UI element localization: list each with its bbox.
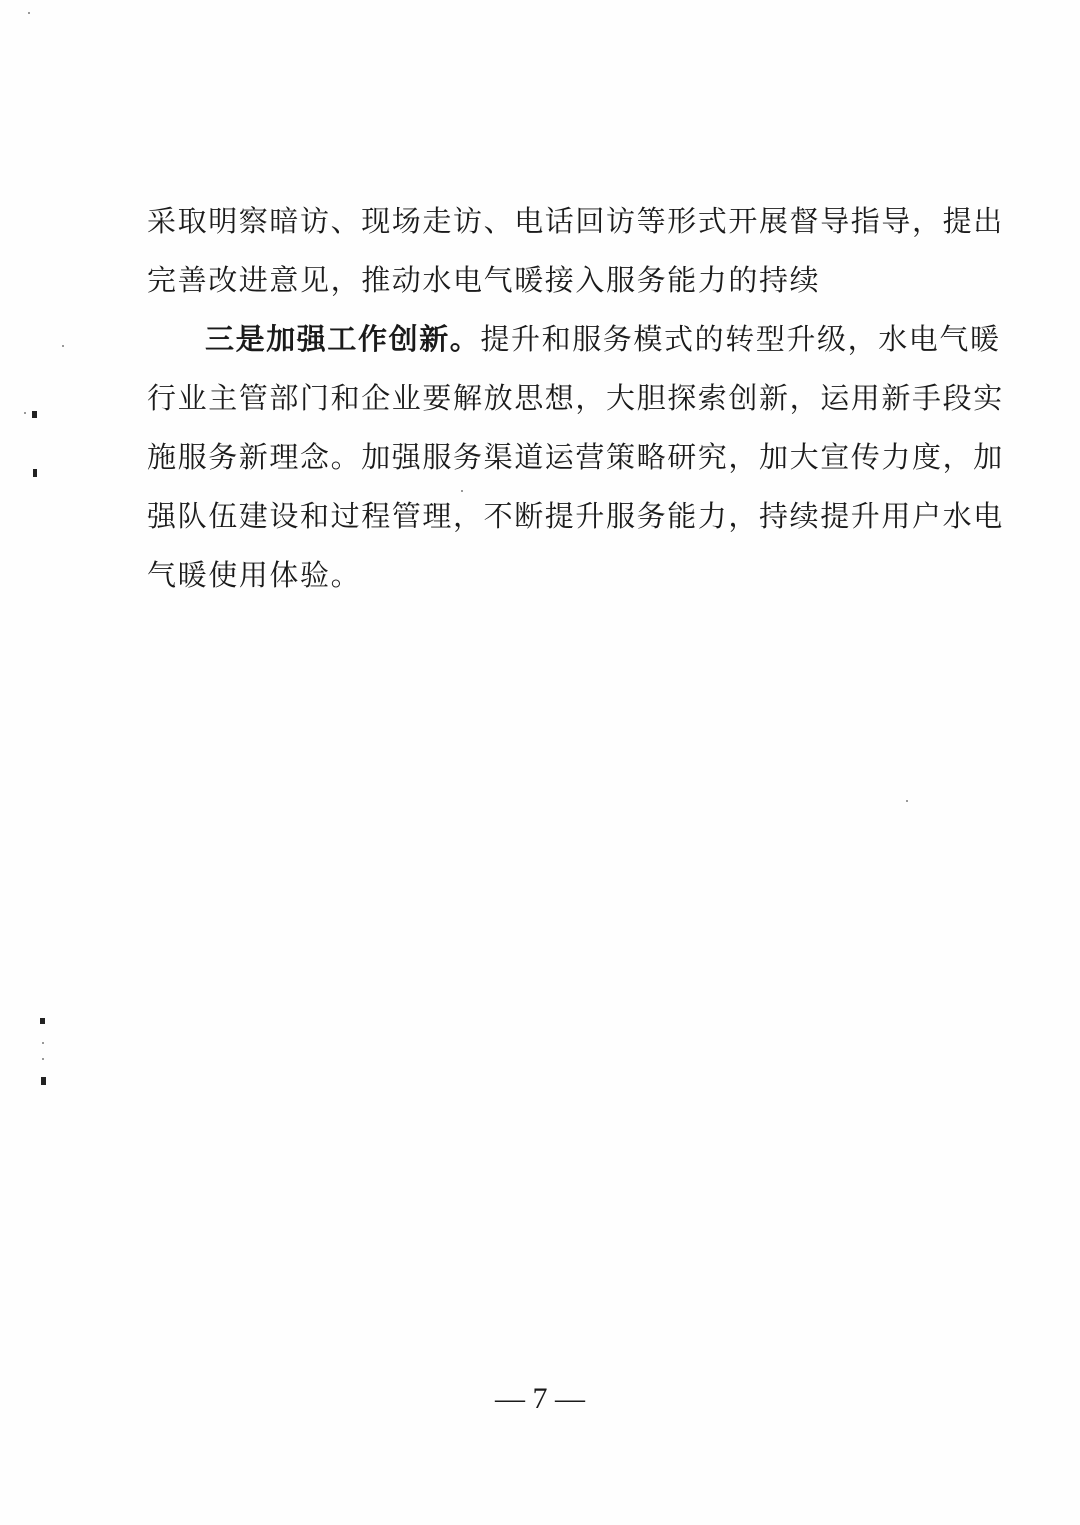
- binding-mark: [32, 411, 37, 418]
- scan-speck: [24, 412, 26, 414]
- scan-speck: [461, 490, 463, 492]
- binding-mark: [33, 469, 37, 477]
- binding-mark: [40, 1018, 45, 1024]
- scan-speck: [62, 345, 64, 347]
- paragraph-line-1: 采取明察暗访、现场走访、电话回访等形式开展督导指导，提出: [147, 192, 957, 251]
- paragraph-line-5: 施服务新理念。加强服务渠道运营策略研究，加大宣传力度，加: [147, 428, 957, 487]
- section-heading: 三是加强工作创新。: [205, 322, 480, 356]
- paragraph-line-6: 强队伍建设和过程管理，不断提升服务能力，持续提升用户水电: [147, 487, 957, 546]
- scan-speck: [28, 12, 30, 14]
- paragraph-line-3: 三是加强工作创新。提升和服务模式的转型升级，水电气暖: [147, 310, 957, 369]
- scan-speck: [906, 800, 908, 802]
- paragraph-line-2: 完善改进意见，推动水电气暖接入服务能力的持续: [147, 251, 957, 310]
- scan-speck: [42, 1042, 44, 1044]
- paragraph-line-7: 气暖使用体验。: [147, 546, 957, 605]
- paragraph-line-4: 行业主管部门和企业要解放思想，大胆探索创新，运用新手段实: [147, 369, 957, 428]
- binding-mark: [41, 1077, 46, 1085]
- document-page: 采取明察暗访、现场走访、电话回访等形式开展督导指导，提出 完善改进意见，推动水电…: [0, 0, 1080, 1525]
- scan-speck: [42, 1058, 44, 1060]
- body-text: 采取明察暗访、现场走访、电话回访等形式开展督导指导，提出 完善改进意见，推动水电…: [147, 192, 957, 605]
- page-number: — 7 —: [0, 1382, 1080, 1416]
- paragraph-line-3-text: 提升和服务模式的转型升级，水电气暖: [480, 322, 1000, 356]
